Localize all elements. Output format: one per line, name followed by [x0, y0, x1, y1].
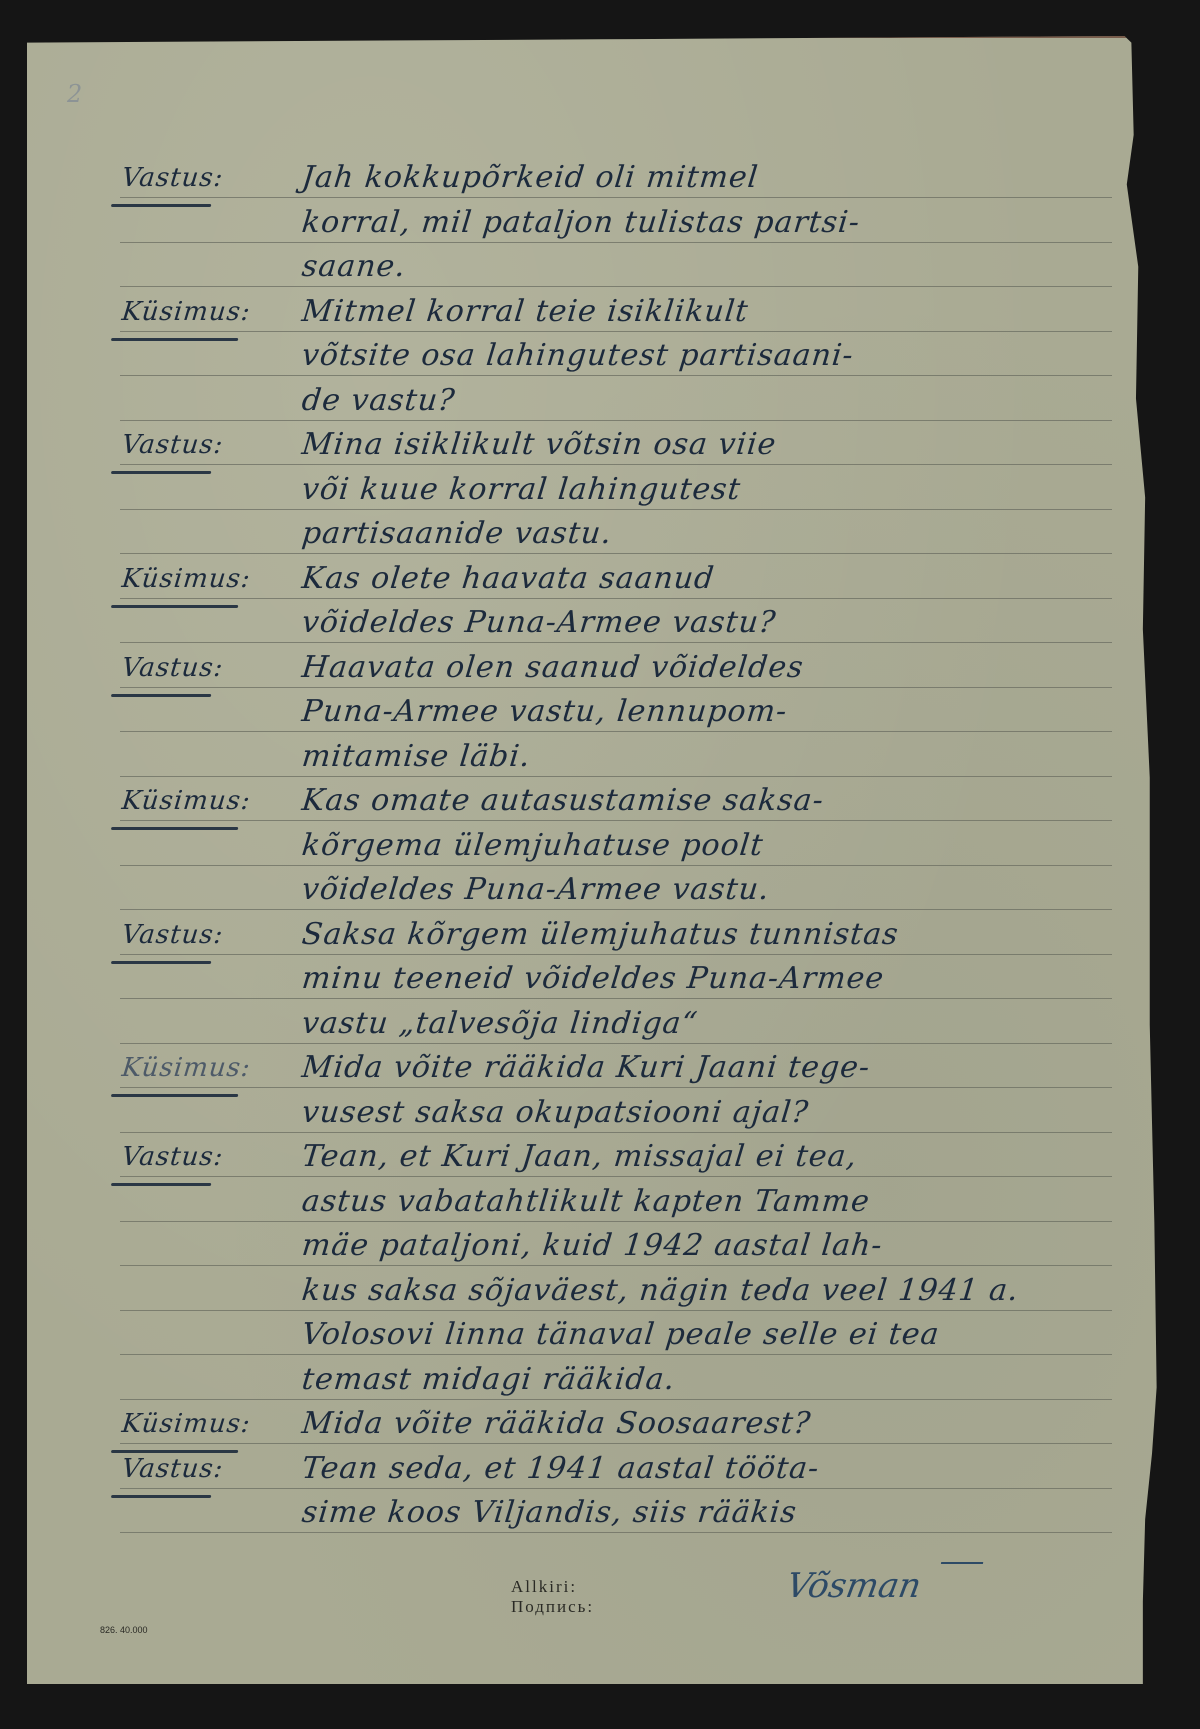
ruled-line — [120, 865, 1112, 866]
ruled-line — [120, 1354, 1112, 1355]
ruled-line — [120, 509, 1112, 510]
transcript-line: saane. — [300, 250, 407, 284]
speaker-label: Vastus: — [120, 651, 225, 685]
transcript-line: võtsite osa lahingutest partisaani- — [300, 339, 855, 373]
transcript-line: Mida võite rääkida Kuri Jaani tege- — [300, 1051, 872, 1085]
ruled-line — [120, 731, 1112, 732]
speaker-label: Vastus: — [120, 918, 225, 952]
signature: Võsman — [783, 1566, 924, 1606]
transcript-line: partisaanide vastu. — [300, 517, 613, 551]
transcript-line: mäe pataljoni, kuid 1942 aastal lah- — [300, 1229, 884, 1263]
transcript-line: või kuue korral lahingutest — [300, 473, 742, 507]
ruled-line — [120, 909, 1112, 910]
speaker-label: Vastus: — [120, 161, 225, 195]
transcript-line: mitamise läbi. — [300, 740, 532, 774]
ruled-line — [120, 1132, 1112, 1133]
speaker-label: Vastus: — [120, 1140, 225, 1174]
ruled-line — [120, 998, 1112, 999]
ruled-line — [120, 954, 1112, 955]
ruled-line — [120, 598, 1112, 599]
ruled-line — [120, 687, 1112, 688]
transcript-line: kõrgema ülemjuhatuse poolt — [300, 829, 765, 863]
transcript-line: sime koos Viljandis, siis rääkis — [300, 1496, 798, 1530]
transcript-line: Saksa kõrgem ülemjuhatus tunnistas — [300, 918, 900, 952]
speaker-label: Vastus: — [120, 428, 225, 462]
ruled-line — [120, 776, 1112, 777]
ruled-line — [120, 1399, 1112, 1400]
ruled-line — [120, 331, 1112, 332]
speaker-label: Küsimus: — [120, 1051, 252, 1085]
transcript-line: Tean seda, et 1941 aastal tööta- — [300, 1452, 821, 1486]
signature-label-estonian: Allkiri: — [511, 1577, 577, 1596]
transcript-line: Kas olete haavata saanud — [300, 562, 716, 596]
ruled-line — [120, 1087, 1112, 1088]
transcript-line: kus saksa sõjaväest, nägin teda veel 194… — [300, 1274, 1020, 1308]
ruled-line — [120, 464, 1112, 465]
speaker-label: Küsimus: — [120, 295, 252, 329]
ruled-line — [120, 420, 1112, 421]
transcript-line: vastu „talvesõja lindiga“ — [300, 1007, 699, 1041]
transcript-line: minu teeneid võideldes Puna-Armee — [300, 962, 886, 996]
signature-label-russian: Подпись: — [511, 1597, 594, 1616]
transcript-line: Kas omate autasustamise saksa- — [300, 784, 825, 818]
speaker-label: Vastus: — [120, 1452, 225, 1486]
ruled-line — [120, 1265, 1112, 1266]
ruled-line — [120, 197, 1112, 198]
transcript-line: võideldes Puna-Armee vastu? — [300, 606, 778, 640]
ruled-line — [120, 820, 1112, 821]
ruled-line — [120, 286, 1112, 287]
transcript-line: Mitmel korral teie isiklikult — [300, 295, 750, 329]
document-page: 2 Vastus:Jah kokkupõrkeid oli mitmelkorr… — [27, 36, 1175, 1684]
transcript-line: Puna-Armee vastu, lennupom- — [300, 695, 789, 729]
transcript-line: Jah kokkupõrkeid oli mitmel — [300, 161, 760, 195]
ruled-line — [120, 1176, 1112, 1177]
ruled-line — [120, 553, 1112, 554]
form-number: 826. 40.000 — [100, 1625, 148, 1635]
transcript-line: vusest saksa okupatsiooni ajal? — [300, 1096, 810, 1130]
ruled-line — [120, 1443, 1112, 1444]
ruled-line — [120, 1310, 1112, 1311]
transcript-line: korral, mil pataljon tulistas partsi- — [300, 206, 862, 240]
transcript-line: Mina isiklikult võtsin osa viie — [300, 428, 778, 462]
transcript-line: astus vabatahtlikult kapten Tamme — [300, 1185, 871, 1219]
speaker-label: Küsimus: — [120, 1407, 252, 1441]
speaker-label: Küsimus: — [120, 562, 252, 596]
paper-top-edge — [27, 36, 1129, 38]
transcript-line: võideldes Puna-Armee vastu. — [300, 873, 771, 907]
ruled-line — [120, 242, 1112, 243]
transcript-line: Tean, et Kuri Jaan, missajal ei tea, — [300, 1140, 859, 1174]
ruled-line — [120, 375, 1112, 376]
ruled-line — [120, 1488, 1112, 1489]
transcript-line: temast midagi rääkida. — [300, 1363, 677, 1397]
ruled-line — [120, 1043, 1112, 1044]
speaker-label: Küsimus: — [120, 784, 252, 818]
ruled-line — [120, 1532, 1112, 1533]
transcript-line: Mida võite rääkida Soosaarest? — [300, 1407, 812, 1441]
transcript-line: de vastu? — [300, 384, 457, 418]
ruled-line — [120, 1221, 1112, 1222]
ruled-line — [120, 642, 1112, 643]
transcript-line: Haavata olen saanud võideldes — [300, 651, 805, 685]
page-mark: 2 — [67, 80, 82, 108]
transcript-line: Volosovi linna tänaval peale selle ei te… — [300, 1318, 941, 1352]
